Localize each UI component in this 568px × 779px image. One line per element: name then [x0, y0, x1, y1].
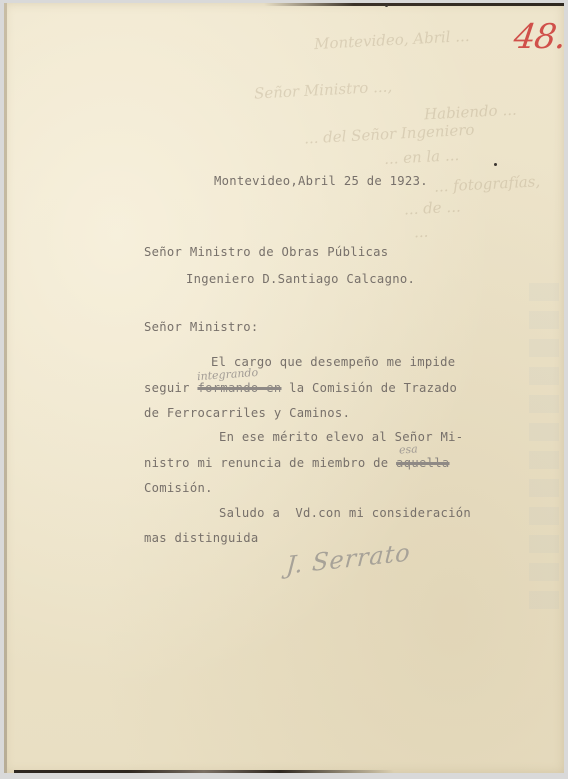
show-through-line: Señor Ministro ..., — [254, 77, 393, 102]
page-left-edge — [4, 3, 7, 773]
addressee-line-1: Señor Ministro de Obras Públicas — [144, 245, 388, 259]
closing-line-1: Saludo a Vd.con mi consideración — [219, 506, 471, 520]
show-through-line: ... fotografías, — [434, 172, 541, 196]
closing-line-2: mas distinguida — [144, 531, 259, 545]
show-through-line: Montevideo, Abril ... — [314, 27, 470, 53]
struck-text: aquella — [396, 456, 449, 470]
ink-speck — [494, 163, 497, 166]
pin-hole — [385, 4, 388, 7]
paragraph-1-line-2: seguir formando en la Comisión de Trazad… — [144, 381, 457, 395]
text-run: seguir — [144, 381, 197, 395]
text-run: la Comisión de Trazado — [281, 381, 457, 395]
handwritten-insertion: esa — [399, 442, 419, 456]
document-page: Montevideo, Abril ... Señor Ministro ...… — [4, 3, 564, 773]
show-through-line: ... en la ... — [384, 146, 460, 168]
show-through-line: ... de ... — [404, 198, 461, 219]
paragraph-1-line-3: de Ferrocarriles y Caminos. — [144, 406, 350, 420]
paragraph-2-line-1: En ese mérito elevo al Señor Mi- — [219, 430, 463, 444]
folio-number: 48. — [511, 17, 568, 57]
signature: J. Serrato — [285, 538, 411, 579]
paragraph-2-line-3: Comisión. — [144, 481, 213, 495]
struck-text: formando en — [197, 381, 281, 395]
place-date: Montevideo,Abril 25 de 1923. — [214, 174, 428, 188]
salutation: Señor Ministro: — [144, 320, 259, 334]
show-through-line: ... del Señor Ingeniero — [304, 121, 475, 148]
show-through-line: ... — [414, 223, 429, 242]
page-top-edge — [264, 3, 564, 6]
page-bottom-edge — [14, 770, 394, 773]
paragraph-2-line-2: nistro mi renuncia de miembro de aquella — [144, 456, 450, 470]
stamp-show-through — [529, 283, 559, 613]
text-run: nistro mi renuncia de miembro de — [144, 456, 396, 470]
addressee-line-2: Ingeniero D.Santiago Calcagno. — [186, 272, 415, 286]
